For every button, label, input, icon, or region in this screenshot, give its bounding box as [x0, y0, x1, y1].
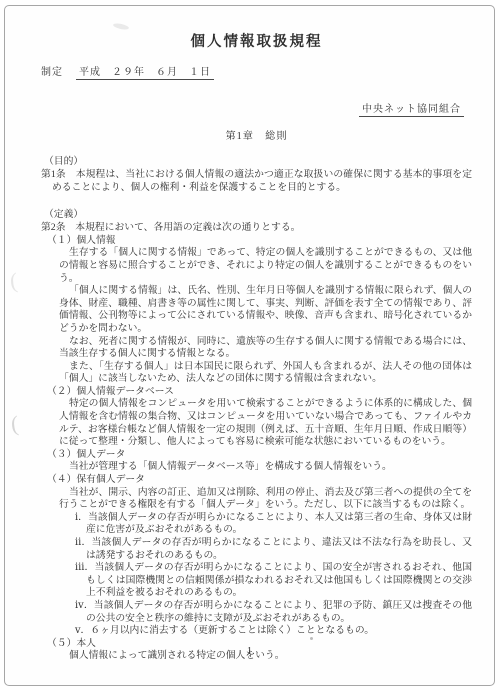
definition-subitem-i: ⅰ．当該個人データの存否が明らかになることにより、本人又は第三者の生命、身体又は…: [75, 512, 472, 537]
article-2: 第2条 本規程において、各用語の定義は次の通りとする。: [41, 222, 472, 235]
definition-paragraph: 特定の個人情報をコンピュータを用いて検索することができるように体系的に構成した、…: [59, 398, 472, 448]
section-heading-purpose: （目的）: [44, 156, 472, 169]
definition-paragraph: 当社が管理する「個人情報データベース等」を構成する個人情報をいう。: [59, 461, 472, 474]
definition-item-3: （３）個人データ 当社が管理する「個人情報データベース等」を構成する個人情報をい…: [41, 449, 472, 474]
definition-item-label: （２）個人情報データベース: [47, 386, 472, 399]
definition-subitem-iv: ⅳ．当該個人データの存否が明らかになることにより、犯罪の予防、鎮圧又は捜査その他…: [75, 600, 472, 625]
definition-paragraph: 生存する「個人に関する情報」であって、特定の個人を識別することができるもの、又は…: [59, 247, 472, 285]
organization-line: 中央ネット協同組合: [41, 104, 472, 117]
definition-subitem-iii: ⅲ．当該個人データの存否が明らかになることにより、国の安全が害されるおそれ、他国…: [75, 562, 472, 600]
definition-paragraph: なお、死者に関する情報が、同時に、遺族等の生存する個人に関する情報である場合には…: [59, 336, 472, 361]
definition-paragraph: 当社が、開示、内容の訂正、追加又は削除、利用の停止、消去及び第三者への提供の全て…: [59, 487, 472, 512]
section-heading-definitions: （定義）: [44, 209, 472, 222]
definition-item-4: （４）保有個人データ 当社が、開示、内容の訂正、追加又は削除、利用の停止、消去及…: [41, 474, 472, 638]
page-number: 1: [5, 646, 494, 657]
definition-paragraph: また、「生存する個人」は日本国民に限られず、外国人も含まれるが、法人その他の団体…: [59, 361, 472, 386]
definition-item-2: （２）個人情報データベース 特定の個人情報をコンピュータを用いて検索することがで…: [41, 386, 472, 449]
enactment-date: 平成 ２９年 ６月 １日: [76, 67, 214, 80]
definition-item-1: （１）個人情報 生存する「個人に関する情報」であって、特定の個人を識別することが…: [41, 235, 472, 386]
definition-item-label: （１）個人情報: [47, 235, 472, 248]
scan-artifact: [113, 22, 130, 30]
definition-paragraph: 「個人に関する情報」は、氏名、性別、生年月日等個人を識別する情報に限られず、個人…: [59, 285, 472, 335]
definition-item-label: （３）個人データ: [47, 449, 472, 462]
definitions-section: （定義） 第2条 本規程において、各用語の定義は次の通りとする。 （１）個人情報…: [41, 209, 472, 663]
definition-subitem-v: ⅴ．６ヶ月以内に消去する（更新することは除く）こととなるもの。: [75, 625, 472, 638]
document-title: 個人情報取扱規程: [41, 33, 472, 51]
definition-item-label: （４）保有個人データ: [47, 474, 472, 487]
scanned-document-page: ( ( 個人情報取扱規程 制定平成 ２９年 ６月 １日 中央ネット協同組合 第1…: [4, 5, 495, 686]
article-1: 第1条 本規程は、当社における個人情報の適法かつ適正な取扱いの確保に関する基本的…: [41, 169, 472, 194]
enactment-label: 制定: [41, 67, 63, 78]
document-content: 個人情報取扱規程 制定平成 ２９年 ６月 １日 中央ネット協同組合 第1章 総則…: [5, 33, 494, 663]
organization-name: 中央ネット協同組合: [359, 104, 464, 117]
chapter-heading: 第1章 総則: [41, 131, 472, 144]
enactment-line: 制定平成 ２９年 ６月 １日: [41, 67, 472, 80]
definition-subitem-ii: ⅱ．当該個人データの存否が明らかになることにより、違法又は不法な行為を助長し、又…: [75, 537, 472, 562]
